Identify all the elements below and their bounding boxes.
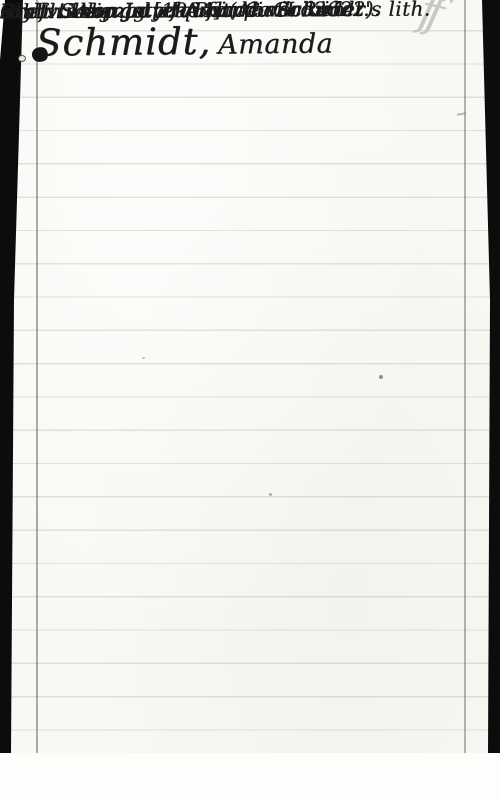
heading-surname: Schmidt, (36, 20, 212, 65)
paper-speck (379, 375, 383, 379)
ruled-paper-card (5, 0, 495, 753)
paper-speck (269, 493, 272, 496)
ink-dot (18, 55, 26, 62)
card-heading: Schmidt,Amanda (36, 18, 334, 65)
paper-speck (142, 357, 145, 359)
entry-line-5: Etabl. Leipzig [1904] (Abr. L. 3622). (0, 0, 381, 21)
scanned-card-page: ff Schmidt,Amanda Idyll. Salongstycke fö… (0, 0, 500, 800)
left-margin-line (36, 0, 38, 760)
heading-forename: Amanda (218, 28, 333, 60)
scanner-bed-background (0, 753, 500, 800)
